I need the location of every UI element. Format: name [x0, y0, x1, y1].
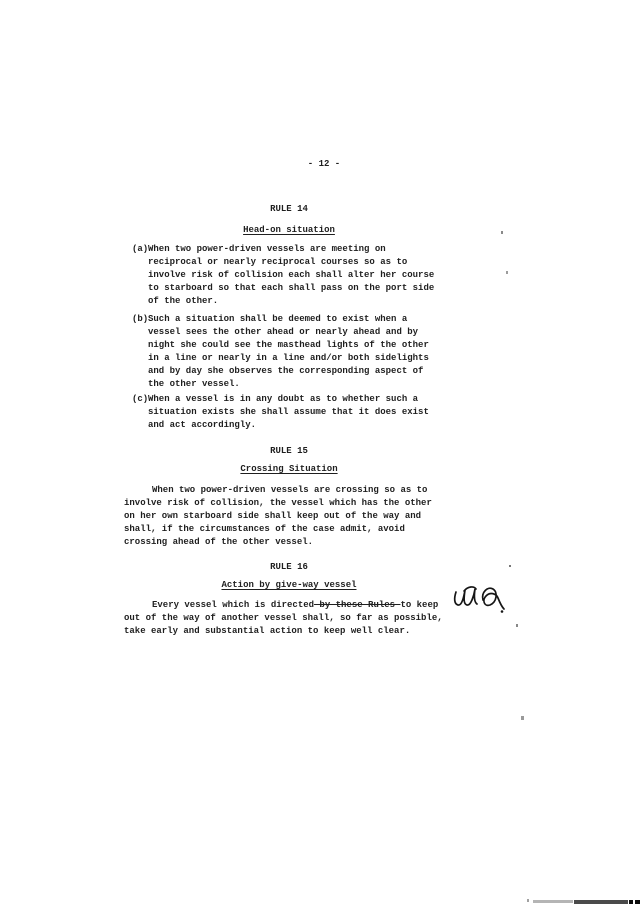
- scan-speck: [516, 624, 518, 627]
- struck-out-words: by these Rules: [314, 600, 400, 610]
- rule-14-item-b: (b) Such a situation shall be deemed to …: [132, 313, 453, 391]
- rule-14-item-c: (c) When a vessel is in any doubt as to …: [132, 393, 453, 432]
- rule-15-heading: RULE 15: [124, 445, 454, 458]
- scan-speck: [501, 231, 503, 234]
- item-a-text: When two power-driven vessels are meetin…: [148, 243, 453, 308]
- scanned-document-page: - 12 - RULE 14 Head-on situation (a) Whe…: [0, 0, 640, 905]
- scan-speck: [509, 565, 511, 567]
- item-c-text: When a vessel is in any doubt as to whet…: [148, 393, 453, 432]
- scan-edge-bar-black-2: [635, 900, 640, 904]
- rule-14-subheading-text: Head-on situation: [243, 225, 335, 235]
- rule-14-item-a: (a) When two power-driven vessels are me…: [132, 243, 453, 308]
- item-c-label: (c): [132, 393, 148, 432]
- scan-edge-bar-light: [533, 900, 573, 903]
- scan-speck: [521, 716, 524, 720]
- rule-16-subheading-text: Action by give-way vessel: [221, 580, 356, 590]
- rule-15-subheading-text: Crossing Situation: [240, 464, 337, 474]
- rule-14-subheading: Head-on situation: [124, 224, 454, 237]
- page-number: - 12 -: [124, 158, 524, 171]
- rule-15-subheading: Crossing Situation: [124, 463, 454, 476]
- rule-16-paragraph-start: Every vessel which is directed: [152, 600, 314, 610]
- item-b-text: Such a situation shall be deemed to exis…: [148, 313, 453, 391]
- rule-16-paragraph: Every vessel which is directed by these …: [124, 599, 460, 638]
- initials-period: [501, 610, 504, 613]
- rule-16-subheading: Action by give-way vessel: [124, 579, 454, 592]
- handwritten-initials: [450, 580, 506, 616]
- rule-16-heading: RULE 16: [124, 561, 454, 574]
- rule-15-paragraph: When two power-driven vessels are crossi…: [124, 484, 460, 549]
- scan-edge-tick: [527, 899, 529, 902]
- item-a-label: (a): [132, 243, 148, 308]
- scan-speck: [506, 271, 508, 274]
- item-b-label: (b): [132, 313, 148, 391]
- scan-edge-bar-dark: [574, 900, 628, 904]
- scan-edge-bar-black-1: [629, 900, 633, 904]
- rule-14-heading: RULE 14: [124, 203, 454, 216]
